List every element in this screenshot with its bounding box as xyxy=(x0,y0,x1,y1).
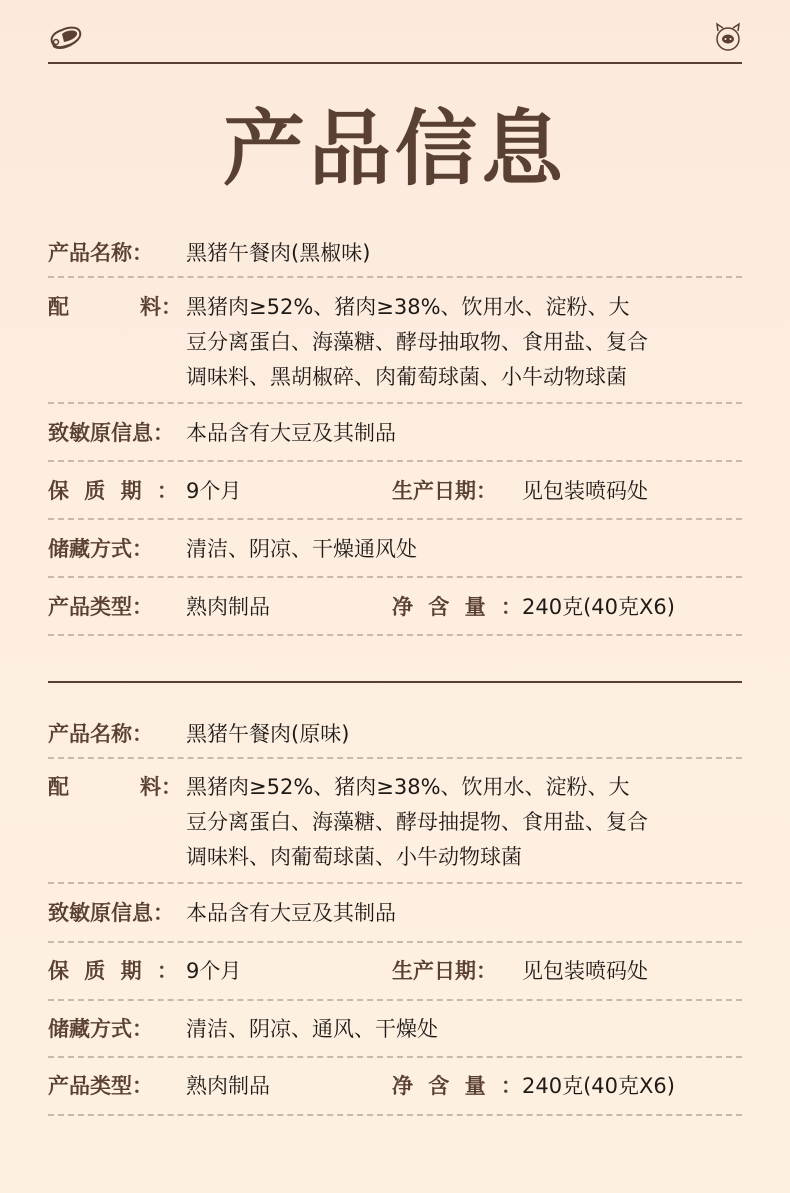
steak-icon xyxy=(48,24,84,52)
row-divider xyxy=(48,518,742,520)
storage-value: 清洁、阴凉、通风、干燥处 xyxy=(186,1014,438,1044)
shelf-life-value: 9个月 xyxy=(186,476,241,506)
net-content-value: 240克(40克X6) xyxy=(522,1071,675,1101)
net-content-label: 净 含 量 ： xyxy=(392,1071,526,1101)
header-divider xyxy=(48,62,742,64)
pig-face-icon xyxy=(713,22,743,52)
production-date-value: 见包装喷码处 xyxy=(522,476,648,506)
row-divider xyxy=(48,634,742,636)
product-name-label: 产品名称： xyxy=(48,719,153,749)
product-type-value: 熟肉制品 xyxy=(186,1071,270,1101)
ingredients-line: 豆分离蛋白、海藻糖、酵母抽提物、食用盐、复合 xyxy=(186,807,648,837)
row-divider xyxy=(48,276,742,278)
row-divider xyxy=(48,402,742,404)
shelf-life-value: 9个月 xyxy=(186,956,241,986)
storage-label: 储藏方式： xyxy=(48,1014,153,1044)
shelf-life-label: 保 质 期 ： xyxy=(48,956,182,986)
row-divider xyxy=(48,1056,742,1058)
ingredients-label-a: 配 xyxy=(48,292,69,322)
production-date-label: 生产日期： xyxy=(392,956,497,986)
product-type-label: 产品类型： xyxy=(48,1071,153,1101)
row-divider xyxy=(48,999,742,1001)
allergen-value: 本品含有大豆及其制品 xyxy=(186,898,396,928)
net-content-label: 净 含 量 ： xyxy=(392,592,526,622)
allergen-label: 致敏原信息： xyxy=(48,898,174,928)
shelf-life-label: 保 质 期 ： xyxy=(48,476,182,506)
allergen-value: 本品含有大豆及其制品 xyxy=(186,418,396,448)
row-divider xyxy=(48,576,742,578)
ingredients-label-b: 料： xyxy=(140,772,182,802)
production-date-label: 生产日期： xyxy=(392,476,497,506)
net-content-value: 240克(40克X6) xyxy=(522,592,675,622)
product-name-value: 黑猪午餐肉(黑椒味) xyxy=(186,238,370,268)
storage-label: 储藏方式： xyxy=(48,534,153,564)
row-divider xyxy=(48,460,742,462)
ingredients-line: 黑猪肉≥52%、猪肉≥38%、饮用水、淀粉、大 xyxy=(186,292,630,322)
storage-value: 清洁、阴凉、干燥通风处 xyxy=(186,534,417,564)
section-divider xyxy=(48,681,742,683)
ingredients-line: 调味料、黑胡椒碎、肉葡萄球菌、小牛动物球菌 xyxy=(186,362,627,392)
row-divider xyxy=(48,882,742,884)
allergen-label: 致敏原信息： xyxy=(48,418,174,448)
product-type-label: 产品类型： xyxy=(48,592,153,622)
product-type-value: 熟肉制品 xyxy=(186,592,270,622)
row-divider xyxy=(48,757,742,759)
ingredients-label-a: 配 xyxy=(48,772,69,802)
page-title: 产品信息 xyxy=(0,100,790,200)
product-name-value: 黑猪午餐肉(原味) xyxy=(186,719,349,749)
row-divider xyxy=(48,941,742,943)
ingredients-line: 豆分离蛋白、海藻糖、酵母抽取物、食用盐、复合 xyxy=(186,327,648,357)
ingredients-label-b: 料： xyxy=(140,292,182,322)
production-date-value: 见包装喷码处 xyxy=(522,956,648,986)
ingredients-line: 黑猪肉≥52%、猪肉≥38%、饮用水、淀粉、大 xyxy=(186,772,630,802)
row-divider xyxy=(48,1114,742,1116)
ingredients-line: 调味料、肉葡萄球菌、小牛动物球菌 xyxy=(186,842,522,872)
product-name-label: 产品名称： xyxy=(48,238,153,268)
